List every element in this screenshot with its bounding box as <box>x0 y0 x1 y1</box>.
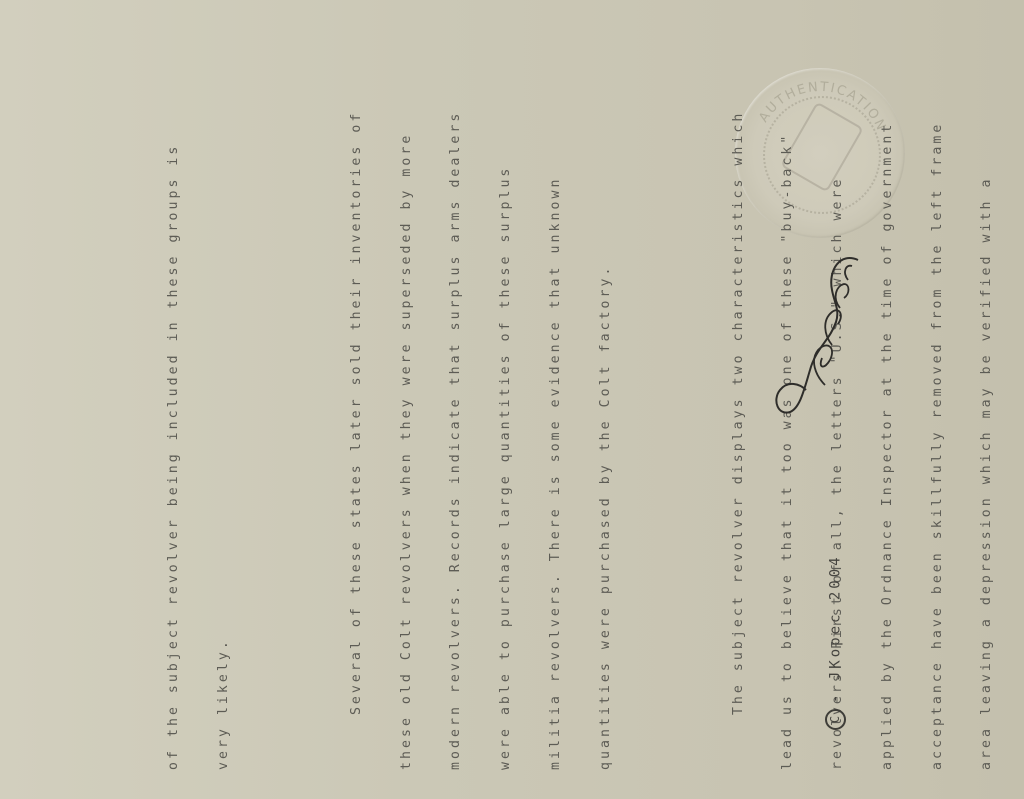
handwritten-signature-icon <box>770 250 880 420</box>
text-line: lead us to believe that it too was one o… <box>780 90 797 770</box>
paragraph-0: of the subject revolver being included i… <box>133 90 266 770</box>
text-line: applied by the Ordnance Inspector at the… <box>880 90 897 770</box>
text-line: area leaving a depression which may be v… <box>979 90 996 770</box>
paragraph-2: The subject revolver displays two charac… <box>697 90 1024 770</box>
copyright-notice: C- JKopec 2004 <box>825 554 846 730</box>
letter-body: of the subject revolver being included i… <box>100 90 1024 770</box>
text-line: these old Colt revolvers when they were … <box>399 90 416 770</box>
text-line: The subject revolver displays two charac… <box>731 90 748 770</box>
text-line: Several of these states later sold their… <box>349 90 366 770</box>
text-line: of the subject revolver being included i… <box>166 90 183 770</box>
text-line: were able to purchase large quantities o… <box>498 90 515 770</box>
text-line: modern revolvers. Records indicate that … <box>448 90 465 770</box>
text-line: acceptance have been skillfully removed … <box>930 90 947 770</box>
copyright-text: - JKopec 2004 <box>828 554 844 703</box>
copyright-icon: C <box>825 709 846 730</box>
paragraph-1: Several of these states later sold their… <box>316 90 648 770</box>
text-line: quantities were purchased by the Colt fa… <box>598 90 615 770</box>
text-line: militia revolvers. There is some evidenc… <box>548 90 565 770</box>
text-line: very likely. <box>216 90 233 770</box>
